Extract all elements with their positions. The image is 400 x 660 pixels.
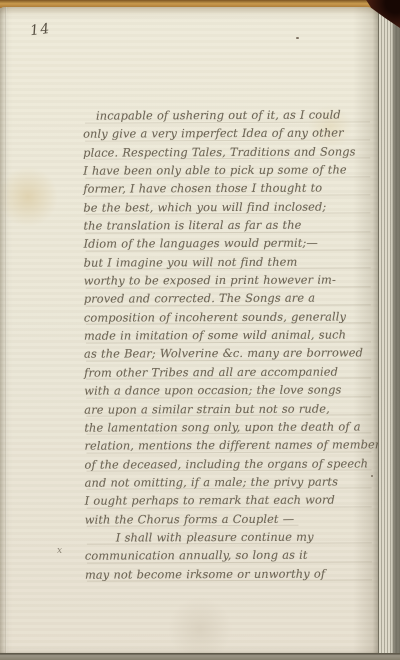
manuscript-line: of the deceased, including the organs of… [84,454,378,474]
manuscript-line: the translation is literal as far as the [83,215,377,235]
manuscript-line: be the best, which you will find inclose… [83,197,377,217]
manuscript-line: and not omitting, if a male; the privy p… [85,472,379,492]
manuscript-line: with the Chorus forms a Couplet — [85,509,379,529]
manuscript-line: worthy to be exposed in print however im… [84,270,378,290]
manuscript-line: former, I have chosen those I thought to [83,179,377,199]
manuscript-line: from other Tribes and all are accompanie… [84,362,378,382]
manuscript-line: I ought perhaps to remark that each word [85,491,379,511]
manuscript-line: composition of incoherent sounds, genera… [84,307,378,327]
manuscript-line: place. Respecting Tales, Traditions and … [83,142,377,162]
manuscript-line: as the Bear; Wolverine &c. many are borr… [84,344,378,364]
manuscript-line: I have been only able to pick up some of… [83,160,377,180]
manuscript-line: proved and corrected. The Songs are a [84,289,378,309]
manuscript-line: made in imitation of some wild animal, s… [84,325,378,345]
ink-speck [296,37,299,39]
manuscript-text: incapable of ushering out of it, as I co… [83,105,379,583]
page-number: 14 [29,21,52,39]
page-crease [5,7,7,655]
manuscript-line: the lamentation song only, upon the deat… [84,417,378,437]
manuscript-line: but I imagine you will not find them [84,252,378,272]
manuscript-line: Idiom of the languages would permit;— [84,234,378,254]
page-edges [378,6,400,660]
manuscript-line: communication annually, so long as it [85,546,379,566]
manuscript-line: only give a very imperfect Idea of any o… [83,124,377,144]
manuscript-line: I shall with pleasure continue my [85,527,379,547]
manuscript-page: 14 x incapable of ushering out of it, as… [0,7,379,655]
page-gutter-shadow [353,7,379,655]
manuscript-line: with a dance upon occasion; the love son… [84,381,378,401]
manuscript-line: may not become irksome or unworthy of [85,564,379,584]
book-edge-bottom [0,653,400,660]
manuscript-line: incapable of ushering out of it, as I co… [83,105,377,125]
manuscript-scan: 14 x incapable of ushering out of it, as… [0,0,400,660]
manuscript-line: are upon a similar strain but not so rud… [84,399,378,419]
manuscript-line: relation, mentions the different names o… [84,436,378,456]
margin-mark: x [57,546,62,556]
